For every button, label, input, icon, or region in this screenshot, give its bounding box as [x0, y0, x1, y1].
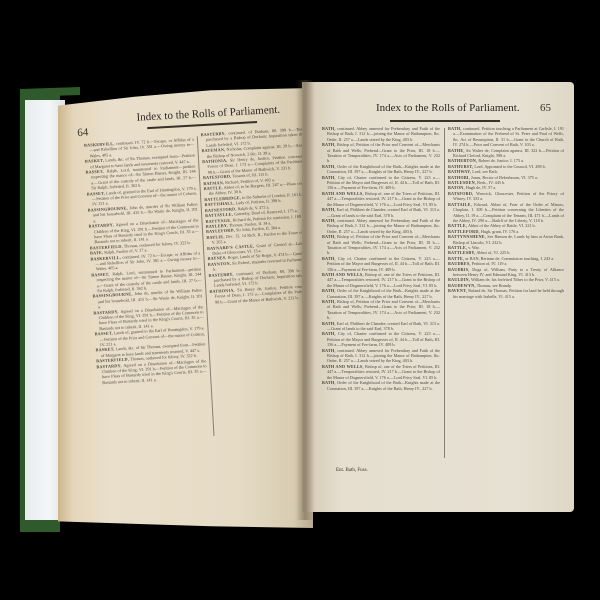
index-entry: BATH, City of, Charter confirmed to the …	[322, 175, 440, 191]
index-entry: BATH, City of, Charter confirmed to the …	[322, 331, 440, 347]
index-entry: BATH AND WELLS, Bishop of, one of the Tr…	[322, 191, 440, 207]
right-page-content: Index to the Rolls of Parliament. 65 BAT…	[318, 90, 568, 500]
book-gutter	[296, 80, 314, 520]
right-column-2: BATH, continued. Petition touching a Par…	[448, 126, 564, 466]
index-entry: BATH, Order of the Knighthood of the Bat…	[322, 164, 440, 175]
index-entry: BATH, Earl of, Philibert de Chandee, cre…	[322, 207, 440, 218]
index-entry: BATH, City of, Charter confirmed to the …	[322, 256, 440, 272]
index-entry: BATTYNNSHENE, See Hamon de, Lands by him…	[448, 234, 564, 245]
left-column-1: BASKERVILL, continued. IV. 72 b.—Escape,…	[84, 137, 214, 513]
index-entry: BATH, Bishop of, Petition of the Prior a…	[322, 142, 440, 164]
index-entry: BATH AND WELLS, Bishop of, one of the Tr…	[322, 272, 440, 288]
left-running-head: Index to the Rolls of Parliament.	[136, 104, 280, 124]
index-entry: BATH, continued. Abbey annexed for Prebe…	[322, 126, 440, 142]
index-entry: BATH AND WELLS, Bishop of, one of the Tr…	[322, 364, 440, 380]
right-column-divider	[444, 128, 445, 458]
index-entry: BATH, Order of the Knighthood of the Bat…	[322, 380, 440, 391]
right-column-1: BATH, continued. Abbey annexed for Prebe…	[322, 126, 440, 486]
left-page-number: 64	[77, 126, 89, 139]
catchword: Ent. Bath, Fuss.	[336, 468, 368, 473]
index-entry: BATH, Earl of, Philibert de Chandee, cre…	[322, 321, 440, 332]
index-entry: BATH, continued. Abbey annexed for Prebe…	[322, 348, 440, 364]
right-page-number: 65	[540, 102, 551, 114]
index-entry: BATH, continued. Abbey annexed for Prebe…	[322, 218, 440, 234]
index-entry: BATHE, Sir Walter de, Complaint against,…	[448, 148, 564, 159]
index-entry: BAVENT, Roland de, Sir Thomas, Petition …	[448, 288, 564, 299]
right-head-rule	[390, 120, 500, 122]
index-entry: BATH, continued. Petition touching a Par…	[448, 126, 564, 148]
index-entry: BAUDRIS, Doga of, William, Party to a Tr…	[448, 267, 564, 278]
right-running-head: Index to the Rolls of Parliament.	[376, 102, 520, 114]
book-photograph: 64 Index to the Rolls of Parliament. BAS…	[0, 0, 600, 600]
index-entry: BATSFORD, Warwick, Gloucester, Petition …	[448, 191, 564, 202]
index-entry: BATH, Bishop of, Petition of the Prior a…	[322, 299, 440, 321]
green-cover-edge	[20, 87, 80, 97]
left-head-rule	[147, 121, 257, 129]
index-entry: BATTAILE, Edward, Abbot of, Friar of the…	[448, 202, 564, 224]
index-entry: BATH, Order of the Knighthood of the Bat…	[322, 288, 440, 299]
index-entry: BATH, Bishop of, Petition of the Prior a…	[322, 234, 440, 256]
